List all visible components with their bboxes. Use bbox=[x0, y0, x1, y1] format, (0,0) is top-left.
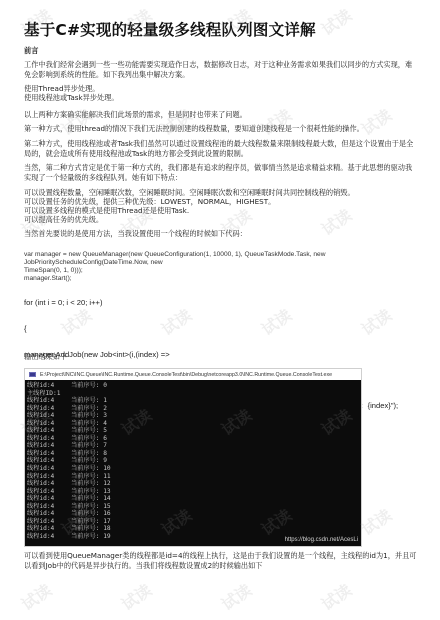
code-line: TimeSpan(0, 1, 0))); bbox=[24, 267, 424, 275]
code-line: var manager = new QueueManager(new Queue… bbox=[24, 251, 424, 267]
paragraph-intro: 工作中我们经常会遇到一些一些功能需要实现造作日志，数据修改日志，对于这种业务需求… bbox=[24, 60, 419, 80]
console-line: 线程id:4当前序号: 5 bbox=[27, 427, 359, 435]
paragraph-problem: 以上两种方案确实能解决我们此场景的需求，但是同时也带来了问题。 bbox=[24, 110, 419, 120]
output-label: 输出结果如下 bbox=[24, 352, 419, 362]
console-line: 线程id:4当前序号: 14 bbox=[27, 495, 359, 503]
paragraph-usage: 当然首先要说的是使用方法，当我设置使用一个线程的时候如下代码： bbox=[24, 229, 419, 239]
console-line: 线程id:4当前序号: 10 bbox=[27, 465, 359, 473]
console-app-icon bbox=[29, 372, 36, 377]
section-heading: 前言 bbox=[24, 46, 419, 56]
console-line: 线程id:4当前序号: 9 bbox=[27, 457, 359, 465]
page-title: 基于C#实现的轻量级多线程队列图文详解 bbox=[24, 18, 316, 40]
console-title-path: E:\Project\INC\INC.Queue\INC.Runtime.Que… bbox=[40, 372, 332, 378]
paragraph-conclusion: 当然，第二种方式肯定是优于第一种方式的，我们都是有追求的程序员，做事情当然是追求… bbox=[24, 163, 419, 183]
console-output: 线程id:4当前序号: 0 主线程ID:1 线程id:4当前序号: 1 线程id… bbox=[27, 382, 359, 546]
console-line: 线程id:4当前序号: 7 bbox=[27, 442, 359, 450]
code-line: { bbox=[24, 325, 424, 334]
console-line: 线程id:4当前序号: 1 bbox=[27, 397, 359, 405]
console-line: 线程id:4当前序号: 12 bbox=[27, 480, 359, 488]
console-window-screenshot: E:\Project\INC\INC.Queue\INC.Runtime.Que… bbox=[24, 368, 362, 547]
feature-item: 可以提高任务的优先级。 bbox=[24, 215, 419, 225]
document-page: 基于C#实现的轻量级多线程队列图文详解 前言 工作中我们经常会遇到一些一些功能需… bbox=[0, 0, 440, 620]
code-line: for (int i = 0; i < 20; i++) bbox=[24, 299, 424, 308]
console-line: 线程id:4当前序号: 0 bbox=[27, 382, 359, 390]
code-block-setup: var manager = new QueueManager(new Queue… bbox=[24, 251, 424, 283]
console-line: 线程id:4当前序号: 16 bbox=[27, 510, 359, 518]
console-line: 线程id:4当前序号: 18 bbox=[27, 525, 359, 533]
console-line: 线程id:4当前序号: 11 bbox=[27, 473, 359, 481]
console-line: 主线程ID:1 bbox=[27, 390, 359, 398]
paragraph-option2: 使用线程池或Task异步处理。 bbox=[24, 93, 419, 103]
console-line: 线程id:4当前序号: 3 bbox=[27, 412, 359, 420]
paragraph-first-way: 第一种方式，使用thread的情况下我们无法控制创建的线程数量，要知道创建线程是… bbox=[24, 124, 419, 134]
paragraph-after-console: 可以看到使用QueueManager类的线程都是id=4的线程上执行，这是由于我… bbox=[24, 551, 419, 571]
paragraph-second-way: 第二种方式，使用线程池或者Task我们虽然可以通过设置线程池的最大线程数量来限制… bbox=[24, 139, 419, 159]
console-titlebar: E:\Project\INC\INC.Queue\INC.Runtime.Que… bbox=[25, 369, 361, 380]
image-source-watermark: https://blog.csdn.net/AcesLi bbox=[285, 537, 358, 543]
